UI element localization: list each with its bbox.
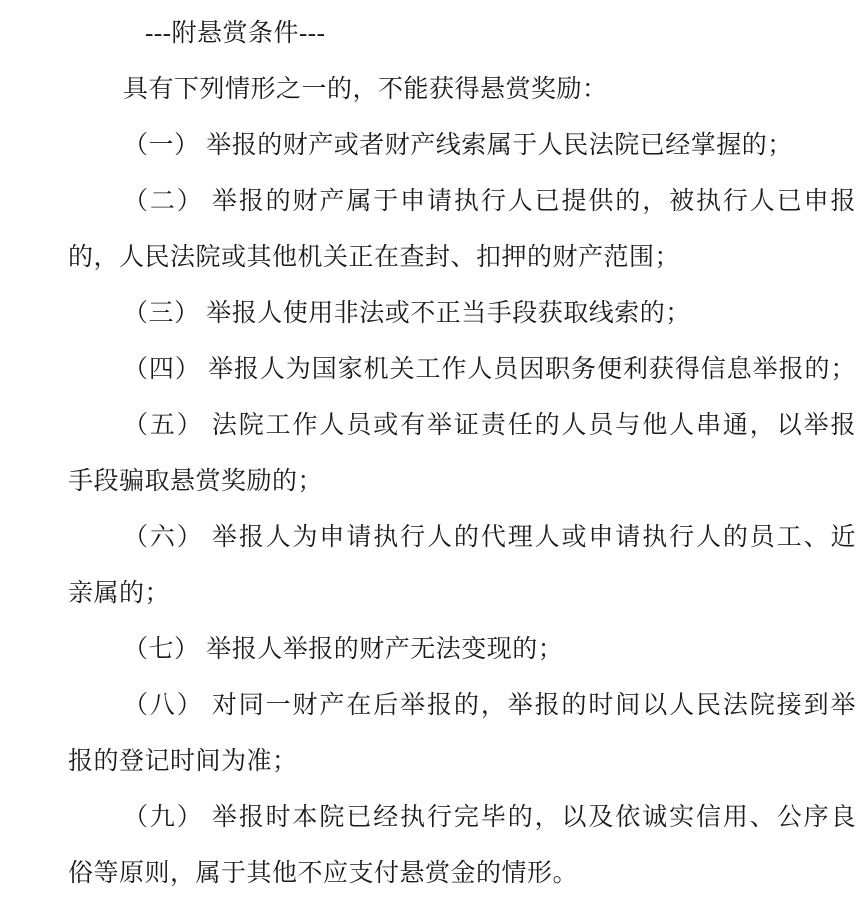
clause-9-line-2: 俗等原则，属于其他不应支付悬赏金的情形。 xyxy=(68,846,856,902)
clause-2-line-1: （二） 举报的财产属于申请执行人已提供的，被执行人已申报 xyxy=(68,174,856,230)
clause-8: （八） 对同一财产在后举报的，举报的时间以人民法院接到举 报的登记时间为准； xyxy=(68,678,856,790)
clause-3: （三） 举报人使用非法或不正当手段获取线索的； xyxy=(68,286,856,342)
clause-6: （六） 举报人为申请执行人的代理人或申请执行人的员工、近 亲属的； xyxy=(68,510,856,622)
clause-1: （一） 举报的财产或者财产线索属于人民法院已经掌握的； xyxy=(68,118,856,174)
document-page: ---附悬赏条件--- 具有下列情形之一的，不能获得悬赏奖励： （一） 举报的财… xyxy=(0,0,861,920)
clause-8-line-2: 报的登记时间为准； xyxy=(68,734,856,790)
clause-1-line-1: （一） 举报的财产或者财产线索属于人民法院已经掌握的； xyxy=(68,118,856,174)
clause-2: （二） 举报的财产属于申请执行人已提供的，被执行人已申报 的，人民法院或其他机关… xyxy=(68,174,856,286)
clause-2-line-2: 的，人民法院或其他机关正在查封、扣押的财产范围； xyxy=(68,230,856,286)
clause-5-line-1: （五） 法院工作人员或有举证责任的人员与他人串通，以举报 xyxy=(68,398,856,454)
clause-9-line-1: （九） 举报时本院已经执行完毕的，以及依诚实信用、公序良 xyxy=(68,790,856,846)
clause-6-line-1: （六） 举报人为申请执行人的代理人或申请执行人的员工、近 xyxy=(68,510,856,566)
clause-4-line-1: （四） 举报人为国家机关工作人员因职务便利获得信息举报的； xyxy=(68,342,856,398)
clause-8-line-1: （八） 对同一财产在后举报的，举报的时间以人民法院接到举 xyxy=(68,678,856,734)
clause-4: （四） 举报人为国家机关工作人员因职务便利获得信息举报的； xyxy=(68,342,856,398)
clause-7: （七） 举报人举报的财产无法变现的； xyxy=(68,622,856,678)
intro-paragraph: 具有下列情形之一的，不能获得悬赏奖励： xyxy=(68,62,856,118)
clause-7-line-1: （七） 举报人举报的财产无法变现的； xyxy=(68,622,856,678)
intro-line: 具有下列情形之一的，不能获得悬赏奖励： xyxy=(68,62,856,118)
page-title: ---附悬赏条件--- xyxy=(68,6,856,62)
clause-5: （五） 法院工作人员或有举证责任的人员与他人串通，以举报 手段骗取悬赏奖励的； xyxy=(68,398,856,510)
clause-6-line-2: 亲属的； xyxy=(68,566,856,622)
clause-9: （九） 举报时本院已经执行完毕的，以及依诚实信用、公序良 俗等原则，属于其他不应… xyxy=(68,790,856,902)
clause-3-line-1: （三） 举报人使用非法或不正当手段获取线索的； xyxy=(68,286,856,342)
clause-5-line-2: 手段骗取悬赏奖励的； xyxy=(68,454,856,510)
